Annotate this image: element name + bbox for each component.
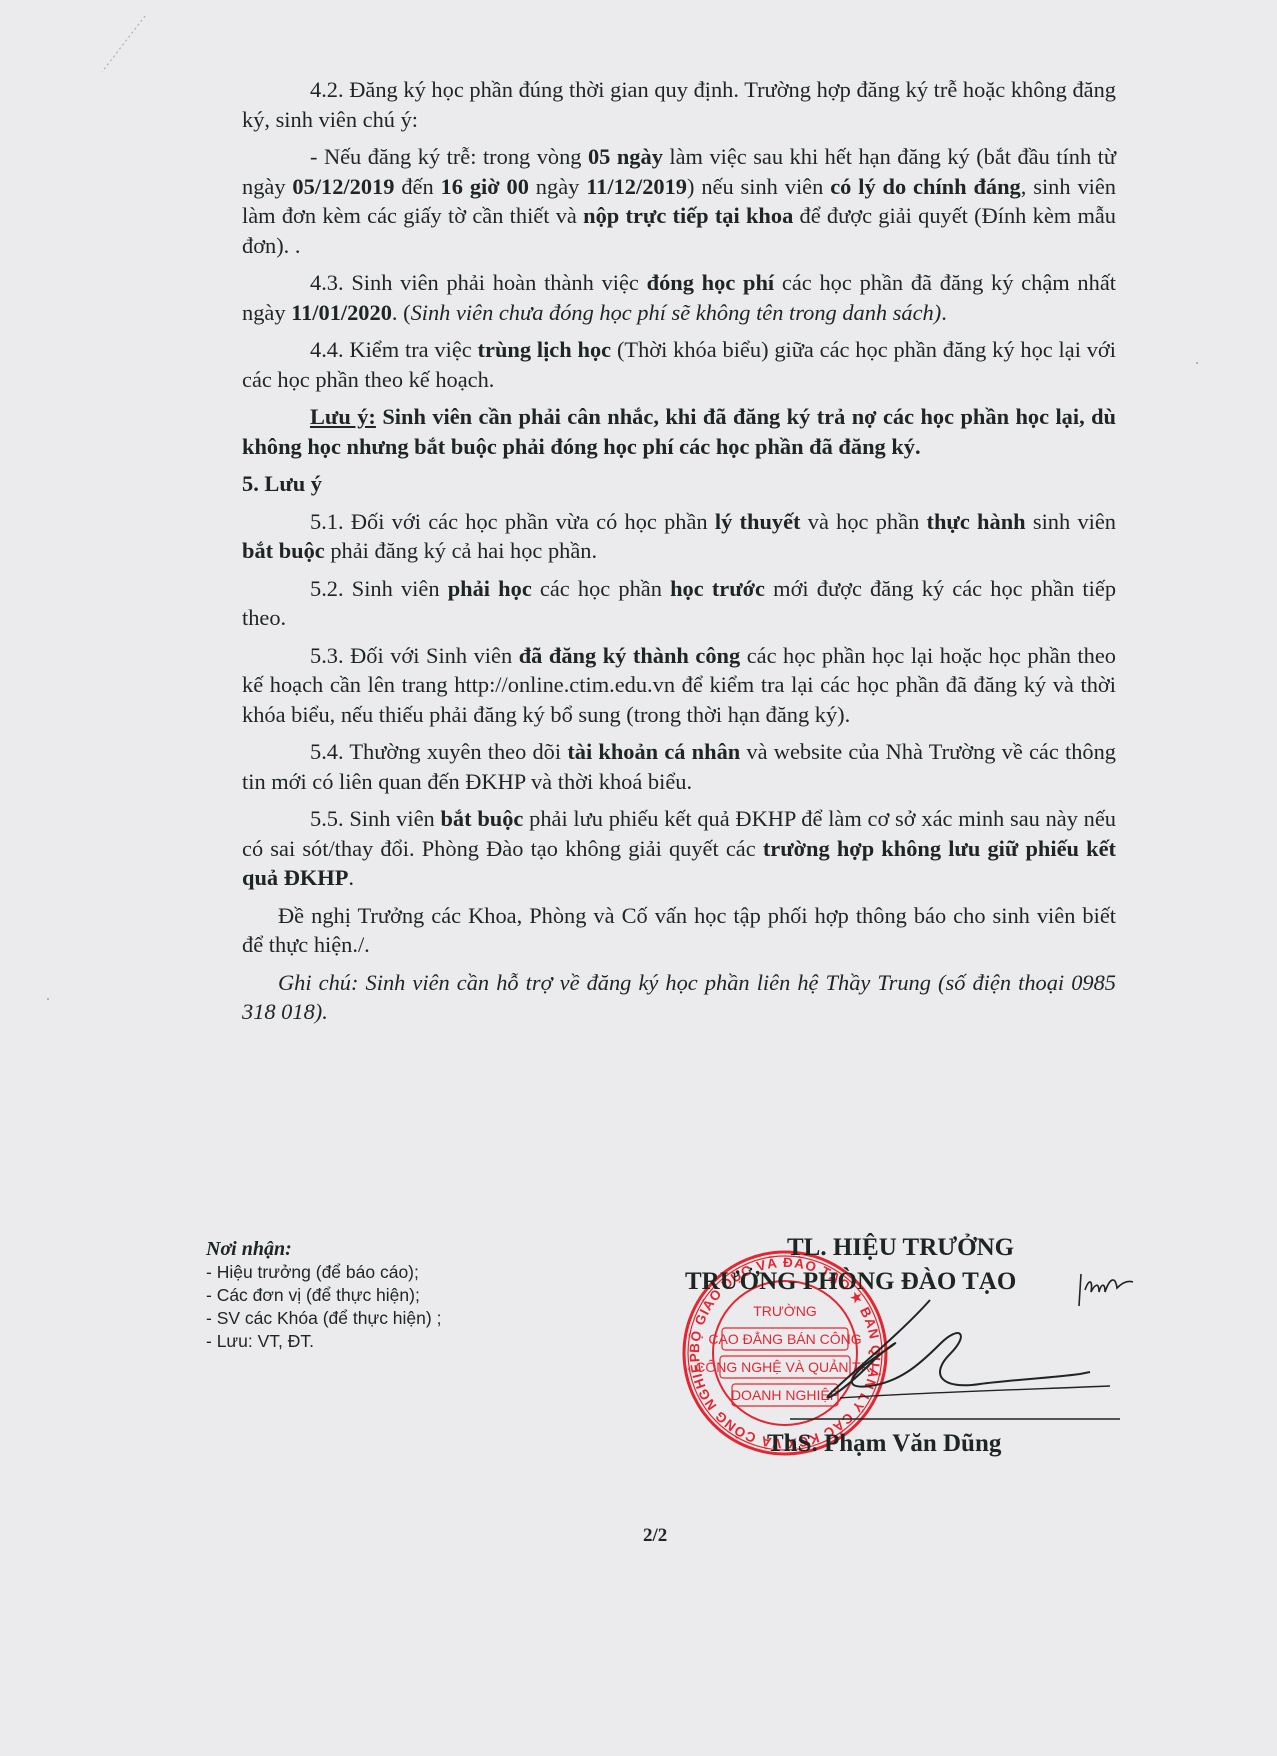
recipients-block: Nơi nhận: - Hiệu trưởng (để báo cáo); - … <box>206 1237 441 1353</box>
handwritten-signature-icon <box>810 1294 1130 1434</box>
section-4-2-late-registration: - Nếu đăng ký trễ: trong vòng 05 ngày là… <box>242 142 1116 260</box>
recipient-item: - Các đơn vị (để thực hiện); <box>206 1284 441 1307</box>
request-paragraph: Đề nghị Trưởng các Khoa, Phòng và Cố vấn… <box>242 901 1116 960</box>
recipient-item: - Lưu: VT, ĐT. <box>206 1330 441 1353</box>
section-5-4: 5.4. Thường xuyên theo dõi tài khoản cá … <box>242 737 1116 796</box>
scan-dot <box>1196 362 1198 364</box>
signatory-name: ThS. Phạm Văn Dũng <box>767 1430 1001 1458</box>
section-5-3: 5.3. Đối với Sinh viên đã đăng ký thành … <box>242 641 1116 730</box>
section-5-5: 5.5. Sinh viên bắt buộc phải lưu phiếu k… <box>242 804 1116 893</box>
section-4-3-tuition: 4.3. Sinh viên phải hoàn thành việc đóng… <box>242 268 1116 327</box>
signature-title-line1: TL. HIỆU TRƯỞNG <box>787 1234 1014 1262</box>
section-5-2: 5.2. Sinh viên phải học các học phần học… <box>242 574 1116 633</box>
page-number: 2/2 <box>643 1525 667 1547</box>
recipient-item: - Hiệu trưởng (để báo cáo); <box>206 1261 441 1284</box>
stamp-line: TRƯỜNG <box>753 1303 817 1319</box>
recipients-title: Nơi nhận: <box>206 1237 441 1261</box>
important-note: Lưu ý: Sinh viên cần phải cân nhắc, khi … <box>242 402 1116 461</box>
section-5-heading: 5. Lưu ý <box>242 469 1116 499</box>
section-4-2-intro: 4.2. Đăng ký học phần đúng thời gian quy… <box>242 75 1116 134</box>
portal-url: http://online.ctim.edu.vn <box>454 672 675 697</box>
signature-title-line2: TRƯỞNG PHÒNG ĐÀO TẠO <box>685 1268 1016 1296</box>
note-label: Lưu ý: <box>310 404 376 429</box>
scan-dot <box>47 998 49 1000</box>
footnote-contact: Ghi chú: Sinh viên cần hỗ trợ về đăng ký… <box>242 968 1116 1027</box>
section-5-1: 5.1. Đối với các học phần vừa có học phầ… <box>242 507 1116 566</box>
recipient-item: - SV các Khóa (để thực hiện) ; <box>206 1307 441 1330</box>
document-page: 4.2. Đăng ký học phần đúng thời gian quy… <box>0 0 1277 1756</box>
signature-block: BỘ GIÁO DỤC VÀ ĐÀO TẠO ★ BAN QUẢN LÝ CÁC… <box>660 1234 1140 1464</box>
section-4-4-schedule-check: 4.4. Kiểm tra việc trùng lịch học (Thời … <box>242 335 1116 394</box>
scan-artifact <box>80 10 150 80</box>
document-body: 4.2. Đăng ký học phần đúng thời gian quy… <box>242 75 1116 1027</box>
